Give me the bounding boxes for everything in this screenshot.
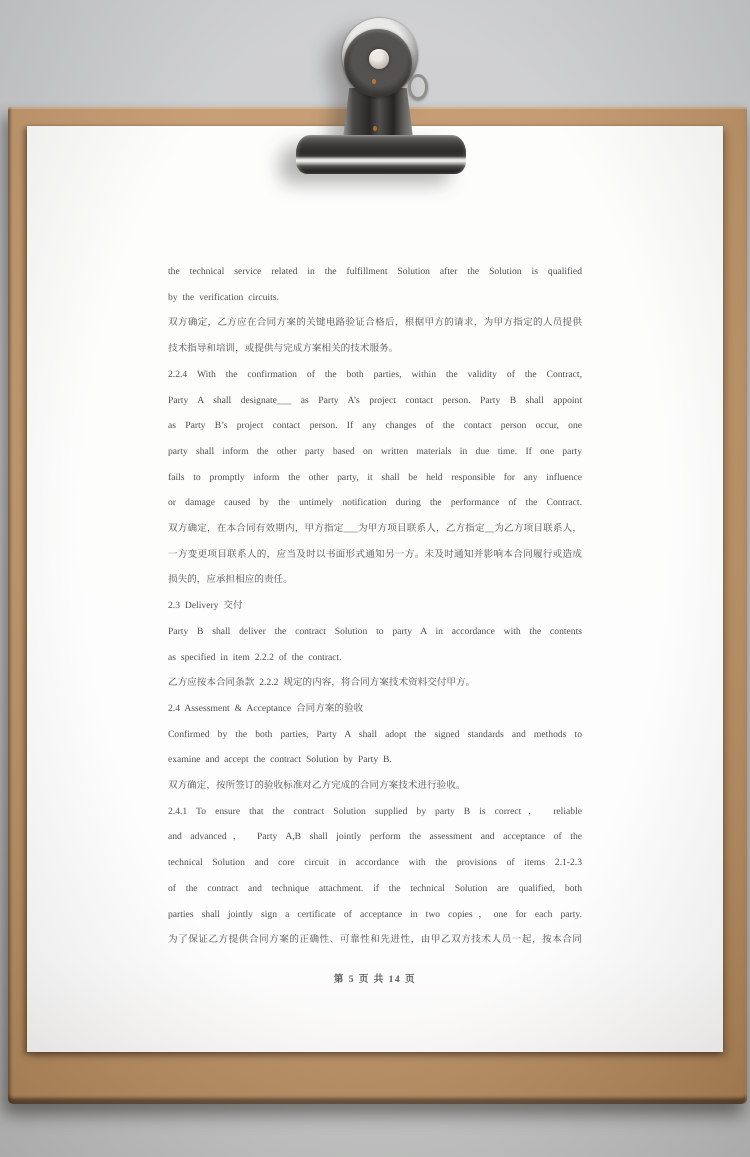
document-line: as specified in item 2.2.2 of the contra…	[168, 645, 582, 671]
document-line: 2.3 Delivery 交付	[168, 593, 582, 619]
document-line: 一方变更项目联系人的，应当及时以书面形式通知另一方。未及时通知并影响本合同履行或…	[168, 542, 582, 568]
clip-reflection-dot	[372, 79, 376, 84]
clip-knob-hole	[369, 49, 389, 69]
document-line: as Party B’s project contact person. If …	[168, 413, 582, 439]
photo-background: the technical service related in the ful…	[0, 0, 750, 1157]
document-line: examine and accept the contract Solution…	[168, 747, 582, 773]
clip-knob	[344, 29, 412, 97]
document-line: 2.2.4 With the confirmation of the both …	[168, 362, 582, 388]
document-line: 双方确定，按所签订的验收标准对乙方完成的合同方案技术进行验收。	[168, 773, 582, 799]
document-line: party shall inform the other party based…	[168, 439, 582, 465]
document-lines: the technical service related in the ful…	[168, 259, 582, 953]
document-line: Party A shall designate___ as Party A’s …	[168, 388, 582, 414]
document-line: by the verification circuits.	[168, 285, 582, 311]
document-line: parties shall jointly sign a certificate…	[168, 902, 582, 928]
document-line: fails to promptly inform the other party…	[168, 465, 582, 491]
document-line: 损失的，应承担相应的责任。	[168, 567, 582, 593]
document-line: and advanced， Party A,B shall jointly pe…	[168, 824, 582, 850]
document-line: 技术指导和培训，或提供与完成方案相关的技术服务。	[168, 336, 582, 362]
clip-hinge-loop-icon	[408, 74, 428, 100]
document-line: 2.4.1 To ensure that the contract Soluti…	[168, 799, 582, 825]
document-line: Confirmed by the both parties, Party A s…	[168, 722, 582, 748]
document-line: 2.4 Assessment & Acceptance 合同方案的验收	[168, 696, 582, 722]
document-line: 为了保证乙方提供合同方案的正确性、可靠性和先进性，由甲乙双方技术人员一起，按本合…	[168, 927, 582, 953]
document-line: Party B shall deliver the contract Solut…	[168, 619, 582, 645]
contract-page: the technical service related in the ful…	[27, 126, 723, 1052]
document-line: of the contract and technique attachment…	[168, 876, 582, 902]
document-line: 双方确定，在本合同有效期内，甲方指定___为甲方项目联系人，乙方指定__为乙方项…	[168, 516, 582, 542]
page-number-footer: 第 5 页 共 14 页	[27, 971, 723, 985]
document-line: 双方确定，乙方应在合同方案的关键电路验证合格后，根据甲方的请求，为甲方指定的人员…	[168, 310, 582, 336]
document-line: the technical service related in the ful…	[168, 259, 582, 285]
document-line: or damage caused by the untimely notific…	[168, 490, 582, 516]
document-line: technical Solution and core circuit in a…	[168, 850, 582, 876]
clip-back-plate	[342, 18, 418, 94]
document-line: 乙方应按本合同条款 2.2.2 规定的内容，将合同方案技术资料交付甲方。	[168, 670, 582, 696]
